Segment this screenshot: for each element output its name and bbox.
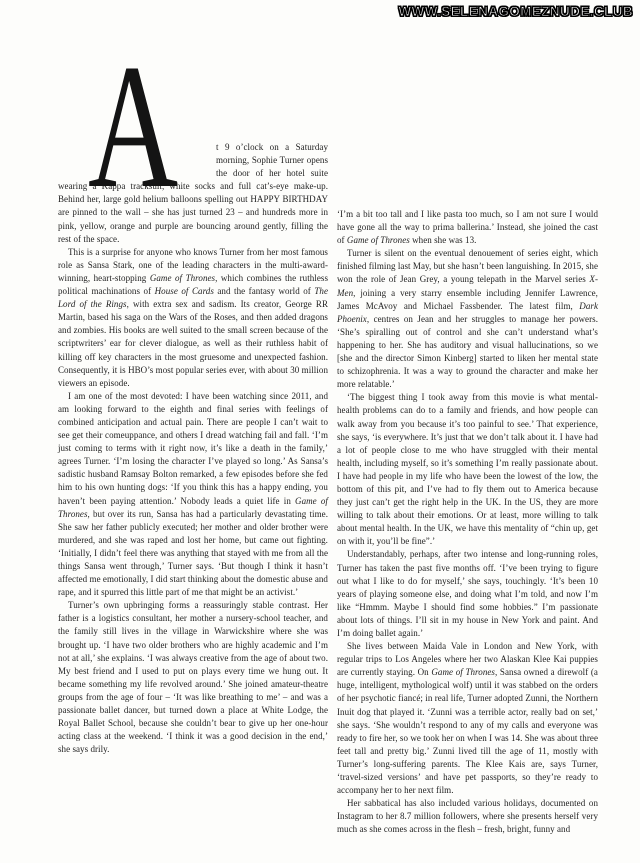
- paragraph-1: t 9 o’clock on a Saturday morning, Sophi…: [58, 141, 328, 246]
- paragraph-2: Turner is silent on the eventual denouem…: [337, 247, 598, 391]
- left-column-paragraphs: t 9 o’clock on a Saturday morning, Sophi…: [58, 141, 328, 756]
- paragraph-4: Understandably, perhaps, after two inten…: [337, 548, 598, 640]
- paragraph-2: This is a surprise for anyone who knows …: [58, 246, 328, 390]
- dropcap-spacer: [58, 141, 216, 179]
- paragraph-5: She lives between Maida Vale in London a…: [337, 640, 598, 797]
- paragraph-3: ‘The biggest thing I took away from this…: [337, 391, 598, 548]
- paragraph-1: ‘I’m a bit too tall and I like pasta too…: [337, 208, 598, 247]
- left-column: A t 9 o’clock on a Saturday morning, Sop…: [58, 65, 328, 756]
- right-column: ‘I’m a bit too tall and I like pasta too…: [337, 208, 598, 837]
- right-column-paragraphs: ‘I’m a bit too tall and I like pasta too…: [337, 208, 598, 837]
- paragraph-3: I am one of the most devoted: I have bee…: [58, 390, 328, 600]
- magazine-page: WWW.SELENAGOMEZNUDE.CLUB A t 9 o’clock o…: [0, 0, 640, 863]
- paragraph-6: Her sabbatical has also included various…: [337, 797, 598, 836]
- watermark-text: WWW.SELENAGOMEZNUDE.CLUB: [398, 4, 633, 19]
- paragraph-4: Turner’s own upbringing forms a reassuri…: [58, 599, 328, 756]
